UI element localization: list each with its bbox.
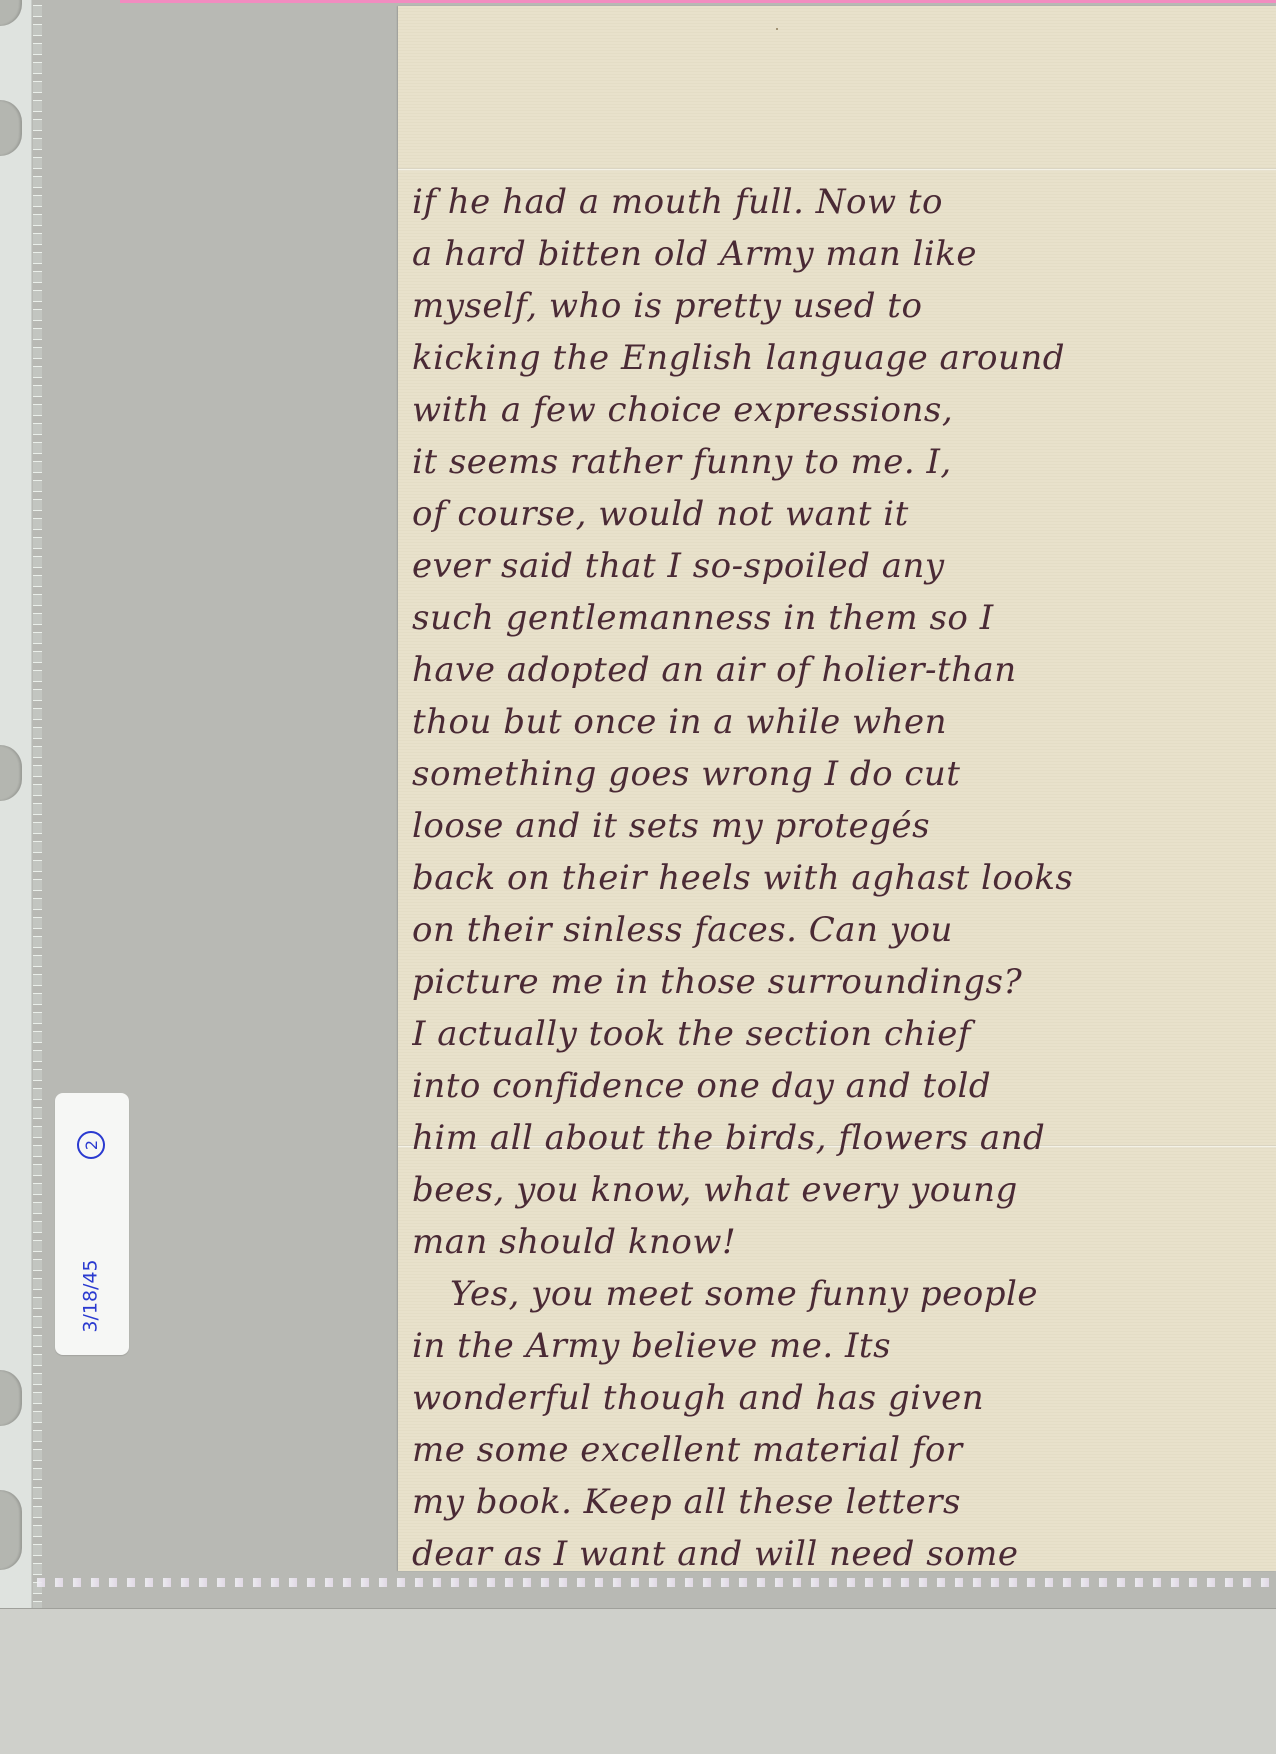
page-number-circled: 2 (77, 1131, 105, 1159)
punch-hole (0, 1490, 22, 1570)
letter-line: thou but once in a while when (412, 696, 1272, 748)
letter-line: my book. Keep all these letters (412, 1476, 1272, 1528)
letter-line: such gentlemanness in them so I (412, 592, 1272, 644)
letter-line: a hard bitten old Army man like (412, 228, 1272, 280)
letter-line: Yes, you meet some funny people (412, 1268, 1272, 1320)
letter-line: it seems rather funny to me. I, (412, 436, 1272, 488)
vertical-perforation (33, 0, 42, 1608)
letter-line: man should know! (412, 1216, 1272, 1268)
top-edge-strip (120, 0, 1276, 3)
letter-line: myself, who is pretty used to (412, 280, 1272, 332)
letter-line: something goes wrong I do cut (412, 748, 1272, 800)
letter-date: 3/18/45 (80, 1239, 106, 1354)
letter-line: into confidence one day and told (412, 1060, 1272, 1112)
fold-line (398, 168, 1276, 171)
letter-page: if he had a mouth full. Now to a hard bi… (398, 6, 1276, 1571)
letter-line: kicking the English language around (412, 332, 1272, 384)
letter-line: back on their heels with aghast looks (412, 852, 1272, 904)
letter-line: dear as I want and will need some (412, 1528, 1272, 1580)
letter-line: picture me in those surroundings? (412, 956, 1272, 1008)
letter-line: ever said that I so-spoiled any (412, 540, 1272, 592)
letter-line: me some excellent material for (412, 1424, 1272, 1476)
letter-line: wonderful though and has given (412, 1372, 1272, 1424)
letter-line: him all about the birds, flowers and (412, 1112, 1272, 1164)
punch-hole (0, 745, 22, 801)
punch-hole (0, 1370, 22, 1426)
punch-hole (0, 0, 22, 26)
letter-line: I actually took the section chief (412, 1008, 1272, 1060)
binder-strip (0, 0, 32, 1608)
paper-speck (776, 28, 778, 30)
letter-line: on their sinless faces. Can you (412, 904, 1272, 956)
letter-line: of course, would not want it (412, 488, 1272, 540)
letter-line: in the Army believe me. Its (412, 1320, 1272, 1372)
sheet-protector-sleeve: if he had a mouth full. Now to a hard bi… (0, 0, 1276, 1609)
letter-body: if he had a mouth full. Now to a hard bi… (412, 176, 1272, 1580)
letter-line: bees, you know, what every young (412, 1164, 1272, 1216)
letter-line: loose and it sets my protegés (412, 800, 1272, 852)
letter-line: if he had a mouth full. Now to (412, 176, 1272, 228)
punch-hole (0, 100, 22, 156)
letter-line: have adopted an air of holier-than (412, 644, 1272, 696)
letter-line: with a few choice expressions, (412, 384, 1272, 436)
page-label-card: 2 3/18/45 (55, 1093, 129, 1355)
